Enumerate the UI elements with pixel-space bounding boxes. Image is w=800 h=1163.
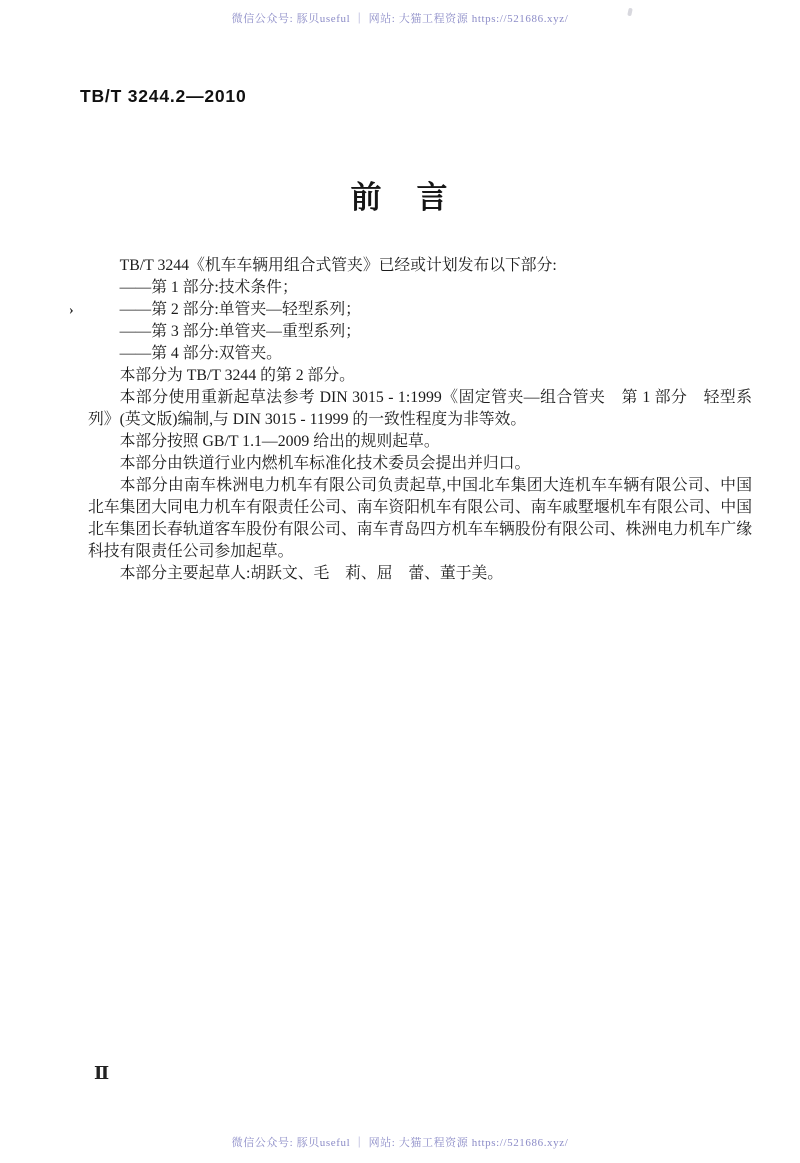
watermark-bottom-text: 微信公众号: 豚贝useful ｜ 网站: 大猫工程资源 https://521… [232, 1137, 569, 1149]
list-item-part4: ——第 4 部分:双管夹。 [88, 343, 752, 365]
paragraph-din-reference: 本部分使用重新起草法参考 DIN 3015 - 1:1999《固定管夹—组合管夹… [88, 387, 752, 431]
paragraph-drafting-rules: 本部分按照 GB/T 1.1—2009 给出的规则起草。 [88, 431, 752, 453]
watermark-top: 微信公众号: 豚贝useful ｜ 网站: 大猫工程资源 https://521… [0, 10, 800, 26]
paragraph-drafters: 本部分主要起草人:胡跃文、毛 莉、屈 蕾、董于美。 [88, 563, 752, 585]
list-item-part1: ——第 1 部分:技术条件； [88, 277, 752, 299]
watermark-bottom: 微信公众号: 豚贝useful ｜ 网站: 大猫工程资源 https://521… [0, 1134, 800, 1150]
list-item-part2: ——第 2 部分:单管夹—轻型系列； [88, 299, 752, 321]
scanned-document-page: { "page": { "doc_number": "TB/T 3244.2—2… [0, 0, 800, 1163]
paragraph-drafting-companies: 本部分由南车株洲电力机车有限公司负责起草,中国北车集团大连机车车辆有限公司、中国… [88, 475, 752, 563]
standard-number: TB/T 3244.2—2010 [80, 86, 247, 107]
paragraph-this-part: 本部分为 TB/T 3244 的第 2 部分。 [88, 365, 752, 387]
paragraph-intro: TB/T 3244《机车车辆用组合式管夹》已经或计划发布以下部分: [88, 255, 752, 277]
paragraph-committee: 本部分由铁道行业内燃机车标准化技术委员会提出并归口。 [88, 453, 752, 475]
list-item-part3: ——第 3 部分:单管夹—重型系列； [88, 321, 752, 343]
foreword-body: TB/T 3244《机车车辆用组合式管夹》已经或计划发布以下部分: ——第 1 … [88, 255, 752, 585]
page-title: 前 言 [0, 172, 800, 217]
watermark-top-text: 微信公众号: 豚贝useful ｜ 网站: 大猫工程资源 https://521… [232, 13, 569, 25]
page-number: Ⅱ [94, 1063, 109, 1084]
margin-scan-artifact: › [69, 303, 74, 319]
